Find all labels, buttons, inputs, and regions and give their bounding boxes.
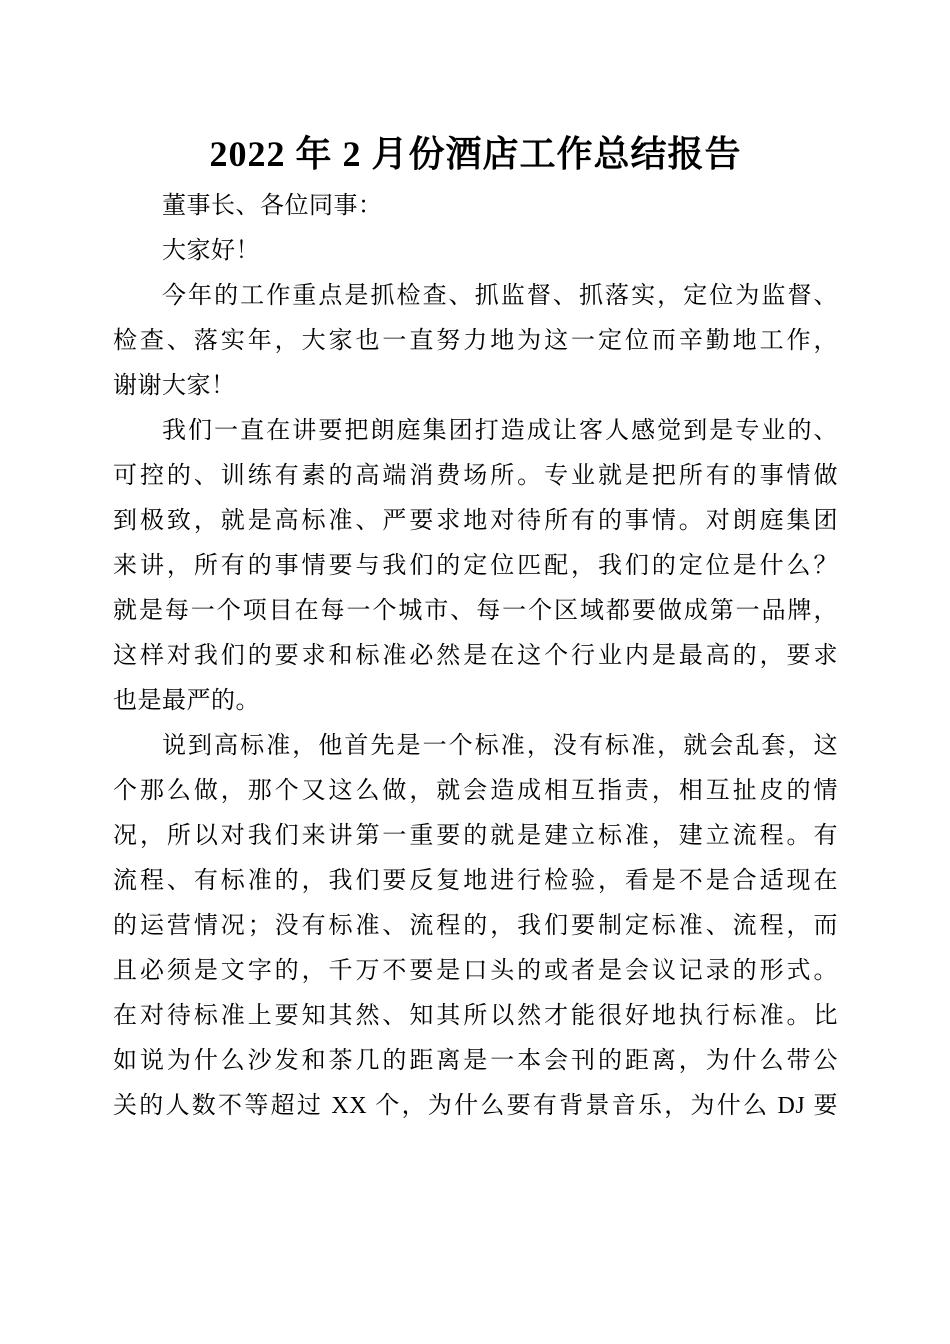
- text-line: 大家好！: [113, 229, 838, 274]
- text-line: 且必须是文字的，千万不要是口头的或者是会议记录的形式。: [113, 949, 838, 994]
- document-body: 董事长、各位同事：大家好！今年的工作重点是抓检查、抓监督、抓落实，定位为监督、检…: [113, 184, 838, 1129]
- document-title: 2022 年 2 月份酒店工作总结报告: [113, 126, 838, 182]
- text-line: 关的人数不等超过 XX 个，为什么要有背景音乐，为什么 DJ 要: [113, 1084, 838, 1129]
- text-line: 这样对我们的要求和标准必然是在这个行业内是最高的，要求: [113, 634, 838, 679]
- document-page: 2022 年 2 月份酒店工作总结报告 董事长、各位同事：大家好！今年的工作重点…: [0, 0, 950, 1344]
- text-line: 谢谢大家！: [113, 364, 838, 409]
- text-line: 可控的、训练有素的高端消费场所。专业就是把所有的事情做: [113, 454, 838, 499]
- text-line: 我们一直在讲要把朗庭集团打造成让客人感觉到是专业的、: [113, 409, 838, 454]
- text-line: 个那么做，那个又这么做，就会造成相互指责，相互扯皮的情: [113, 769, 838, 814]
- text-line: 来讲，所有的事情要与我们的定位匹配，我们的定位是什么？: [113, 544, 838, 589]
- text-line: 如说为什么沙发和茶几的距离是一本会刊的距离，为什么带公: [113, 1039, 838, 1084]
- text-line: 检查、落实年，大家也一直努力地为这一定位而辛勤地工作，: [113, 319, 838, 364]
- text-line: 到极致，就是高标准、严要求地对待所有的事情。对朗庭集团: [113, 499, 838, 544]
- text-line: 流程、有标准的，我们要反复地进行检验，看是不是合适现在: [113, 859, 838, 904]
- text-line: 况，所以对我们来讲第一重要的就是建立标准，建立流程。有: [113, 814, 838, 859]
- text-line: 的运营情况；没有标准、流程的，我们要制定标准、流程，而: [113, 904, 838, 949]
- text-line: 董事长、各位同事：: [113, 184, 838, 229]
- text-line: 也是最严的。: [113, 679, 838, 724]
- text-line: 就是每一个项目在每一个城市、每一个区域都要做成第一品牌，: [113, 589, 838, 634]
- text-line: 说到高标准，他首先是一个标准，没有标准，就会乱套，这: [113, 724, 838, 769]
- text-line: 在对待标准上要知其然、知其所以然才能很好地执行标准。比: [113, 994, 838, 1039]
- text-line: 今年的工作重点是抓检查、抓监督、抓落实，定位为监督、: [113, 274, 838, 319]
